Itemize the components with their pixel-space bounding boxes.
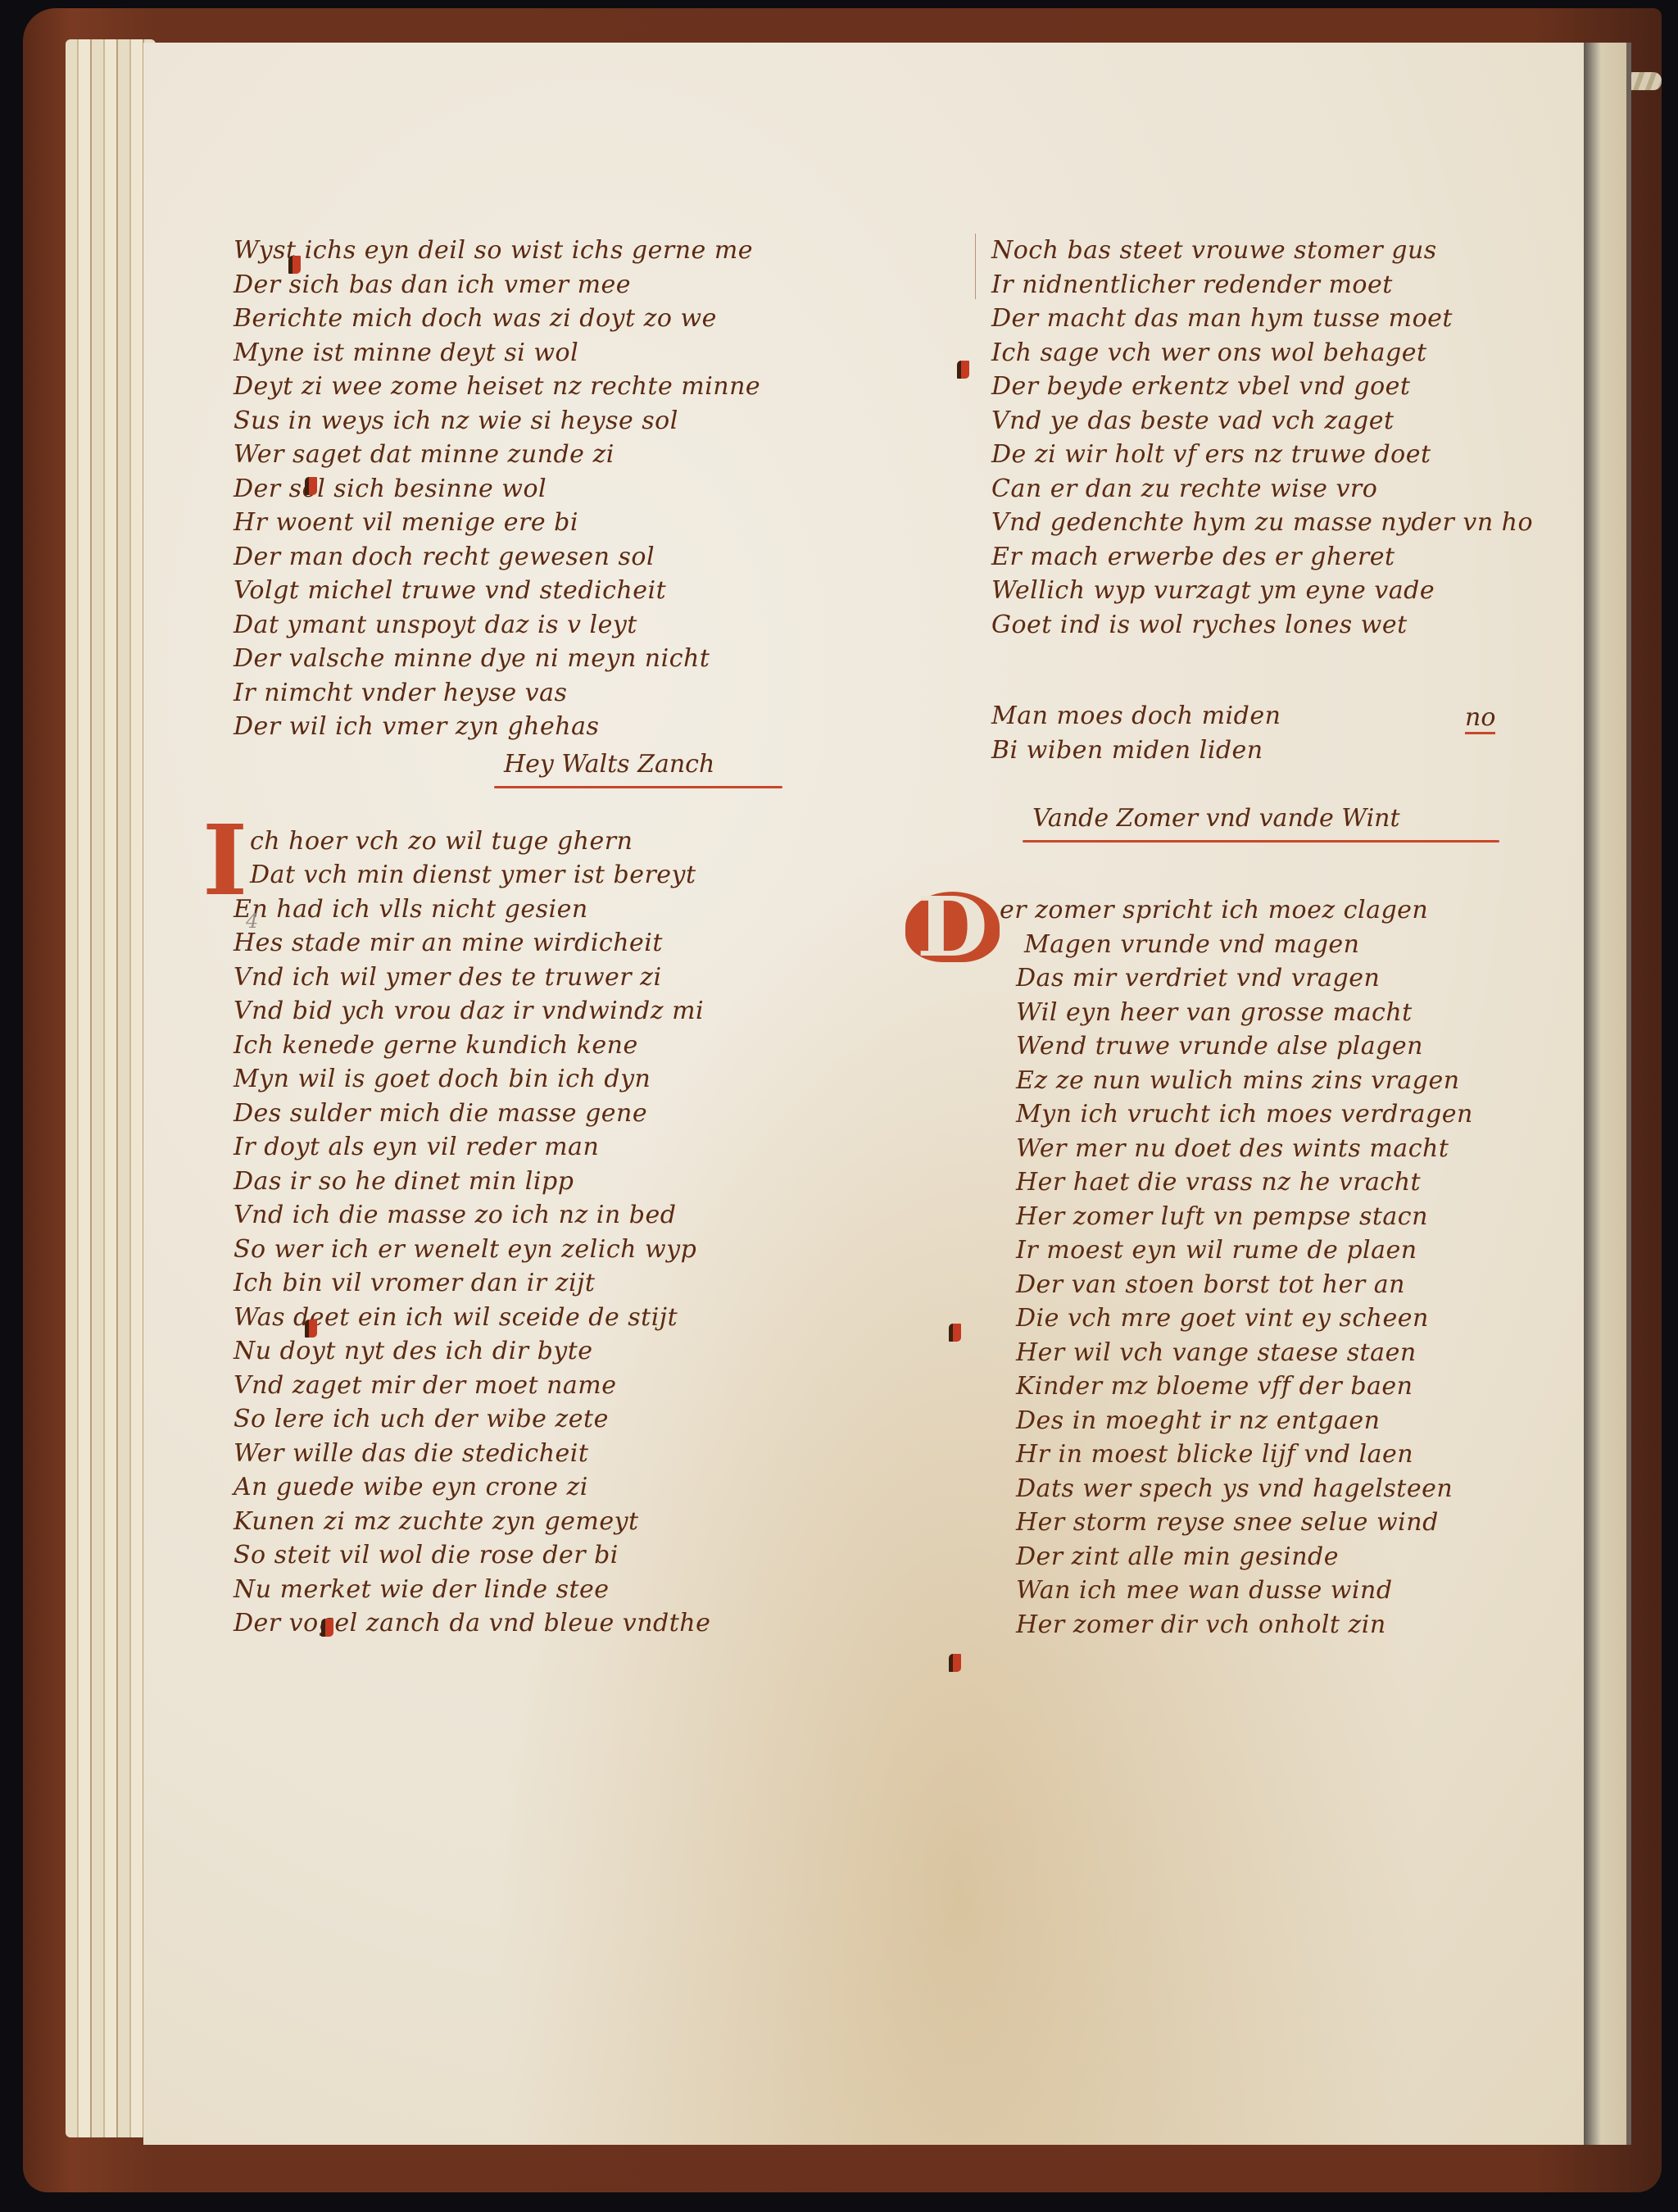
paraph-mark: [321, 1619, 333, 1637]
verse-line: Volgt michel truwe vnd stedicheit: [234, 574, 971, 608]
verse-line: Noch bas steet vrouwe stomer gus: [991, 234, 1565, 268]
verse-line: Der valsche minne dye ni meyn nicht: [234, 642, 971, 676]
right-stanza-2: D er zomer spricht ich moez clagen Magen…: [983, 893, 1565, 1642]
verse-line: Der zint alle min gesinde: [983, 1540, 1565, 1574]
paraph-mark: [949, 1654, 961, 1672]
verse-line: Wil eyn heer van grosse macht: [983, 996, 1565, 1030]
verse-line: Wer mer nu doet des wints macht: [983, 1132, 1565, 1166]
verse-line: er zomer spricht ich moez clagen: [983, 893, 1565, 928]
poem-heading-right: Vande Zomer vnd vande Wint: [1032, 798, 1491, 847]
verse-line: Dat ymant unspoyt daz is v leyt: [234, 608, 971, 643]
poem-heading-left: Hey Walts Zanch: [504, 744, 774, 793]
verse-line: Des in moeght ir nz entgaen: [983, 1404, 1565, 1438]
verse-line: Ez ze nun wulich mins zins vragen: [983, 1064, 1565, 1098]
verse-line: Can er dan zu rechte wise vro: [991, 472, 1565, 506]
verse-line: Vnd bid ych vrou daz ir vndwindz mi: [234, 994, 971, 1029]
verse-line: So wer ich er wenelt eyn zelich wyp: [234, 1233, 971, 1267]
verse-line: Nu doyt nyt des ich dir byte: [234, 1334, 971, 1369]
verse-line: Der van stoen borst tot her an: [983, 1268, 1565, 1302]
paraph-mark: [957, 361, 969, 379]
verse-line: Der macht das man hym tusse moet: [991, 302, 1565, 336]
verse-line: Wellich wyp vurzagt ym eyne vade: [991, 574, 1565, 608]
paraph-mark: [305, 1319, 317, 1338]
verse-line: Ir moest eyn wil rume de plaen: [983, 1233, 1565, 1268]
verse-line: Vnd ich wil ymer des te truwer zi: [234, 961, 971, 995]
margin-folio-number: 4: [246, 910, 258, 933]
verse-line: Ir doyt als eyn vil reder man: [234, 1130, 971, 1165]
refrain-line: Bi wiben miden liden: [991, 734, 1565, 768]
verse-line: Ir nidnentlicher redender moet: [991, 268, 1565, 302]
verse-line: Der sol sich besinne wol: [234, 472, 971, 506]
verse-line: En had ich vlls nicht gesien: [234, 893, 971, 927]
heading-text: Vande Zomer vnd vande Wint: [1032, 804, 1400, 833]
verse-line: So lere ich uch der wibe zete: [234, 1402, 971, 1437]
refrain-note: no: [1465, 704, 1495, 734]
verse-line: Des sulder mich die masse gene: [234, 1097, 971, 1131]
verse-line: Wer wille das die stedicheit: [234, 1437, 971, 1471]
right-column: Noch bas steet vrouwe stomer gus Ir nidn…: [991, 234, 1565, 1642]
verse-line: Wyst ichs eyn deil so wist ichs gerne me: [234, 234, 971, 268]
verse-line: Der man doch recht gewesen sol: [234, 540, 971, 575]
verse-line: Ich sage vch wer ons wol behaget: [991, 336, 1565, 370]
verse-line: Her zomer luft vn pempse stacn: [983, 1200, 1565, 1234]
verse-line: Was deet ein ich wil sceide de stijt: [234, 1301, 971, 1335]
verse-line: Hr woent vil menige ere bi: [234, 506, 971, 540]
verse-line: Myn ich vrucht ich moes verdragen: [983, 1097, 1565, 1132]
verse-line: Vnd zaget mir der moet name: [234, 1369, 971, 1403]
stanza-gap: [991, 642, 1565, 699]
verse-line: Der sich bas dan ich vmer mee: [234, 268, 971, 302]
paraph-mark: [288, 256, 301, 274]
verse-line: ch hoer vch zo wil tuge ghern: [234, 824, 971, 859]
verse-line: Her storm reyse snee selue wind: [983, 1506, 1565, 1540]
verse-line: Vnd gedenchte hym zu masse nyder vn ho: [991, 506, 1565, 540]
verse-line: Der vogel zanch da vnd bleue vndthe: [234, 1606, 971, 1641]
verse-line: Ich kenede gerne kundich kene: [234, 1029, 971, 1063]
verse-line: Her haet die vrass nz he vracht: [983, 1165, 1565, 1200]
verse-line: Hr in moest blicke lijf vnd laen: [983, 1438, 1565, 1472]
left-column: Wyst ichs eyn deil so wist ichs gerne me…: [234, 234, 971, 1641]
stacked-page-edges: [66, 39, 156, 2137]
paraph-mark: [305, 477, 317, 495]
verse-line: Wer saget dat minne zunde zi: [234, 438, 971, 472]
verse-line: Sus in weys ich nz wie si heyse sol: [234, 404, 971, 438]
red-underline: [494, 786, 782, 788]
verse-line: An guede wibe eyn crone zi: [234, 1470, 971, 1505]
verse-line: Myn wil is goet doch bin ich dyn: [234, 1062, 971, 1097]
verse-line: Die vch mre goet vint ey scheen: [983, 1301, 1565, 1336]
column-ruling-line: [975, 234, 976, 299]
verse-line: Deyt zi wee zome heiset nz rechte minne: [234, 370, 971, 404]
verse-line: Berichte mich doch was zi doyt zo we: [234, 302, 971, 336]
verse-line: Das mir verdriet vnd vragen: [983, 961, 1565, 996]
verse-line: Ich bin vil vromer dan ir zijt: [234, 1266, 971, 1301]
verse-line: Vnd ich die masse zo ich nz in bed: [234, 1198, 971, 1233]
verse-line: Der wil ich vmer zyn ghehas: [234, 710, 971, 744]
verse-line: Dats wer spech ys vnd hagelsteen: [983, 1472, 1565, 1506]
verse-line: Myne ist minne deyt si wol: [234, 336, 971, 370]
heading-text: Hey Walts Zanch: [504, 750, 714, 779]
paraph-mark: [949, 1324, 961, 1342]
verse-line: De zi wir holt vf ers nz truwe doet: [991, 438, 1565, 472]
red-underline: [1023, 840, 1499, 843]
verse-line: Der beyde erkentz vbel vnd goet: [991, 370, 1565, 404]
left-stanza-1: Wyst ichs eyn deil so wist ichs gerne me…: [234, 234, 971, 744]
gutter-strip: [1584, 43, 1626, 2145]
verse-line: Vnd ye das beste vad vch zaget: [991, 404, 1565, 438]
verse-line: Kinder mz bloeme vff der baen: [983, 1369, 1565, 1404]
verse-line: Magen vrunde vnd magen: [983, 928, 1565, 962]
left-stanza-2: I ch hoer vch zo wil tuge ghern Dat vch …: [234, 824, 971, 1641]
verse-line: Er mach erwerbe des er gheret: [991, 540, 1565, 575]
verse-line: Wend truwe vrunde alse plagen: [983, 1029, 1565, 1064]
verse-line: Dat vch min dienst ymer ist bereyt: [234, 858, 971, 893]
verse-line: Her zomer dir vch onholt zin: [983, 1608, 1565, 1642]
verse-line: Goet ind is wol ryches lones wet: [991, 608, 1565, 643]
verse-line: Hes stade mir an mine wirdicheit: [234, 926, 971, 961]
verse-line: Nu merket wie der linde stee: [234, 1573, 971, 1607]
refrain-block: Man moes doch miden Bi wiben miden liden…: [991, 699, 1565, 767]
verse-line: Wan ich mee wan dusse wind: [983, 1574, 1565, 1608]
verse-line: Das ir so he dinet min lipp: [234, 1165, 971, 1199]
verse-line: Ir nimcht vnder heyse vas: [234, 676, 971, 711]
right-stanza-1: Noch bas steet vrouwe stomer gus Ir nidn…: [991, 234, 1565, 642]
verse-line: Her wil vch vange staese staen: [983, 1336, 1565, 1370]
verse-line: Kunen zi mz zuchte zyn gemeyt: [234, 1505, 971, 1539]
verse-line: So steit vil wol die rose der bi: [234, 1538, 971, 1573]
